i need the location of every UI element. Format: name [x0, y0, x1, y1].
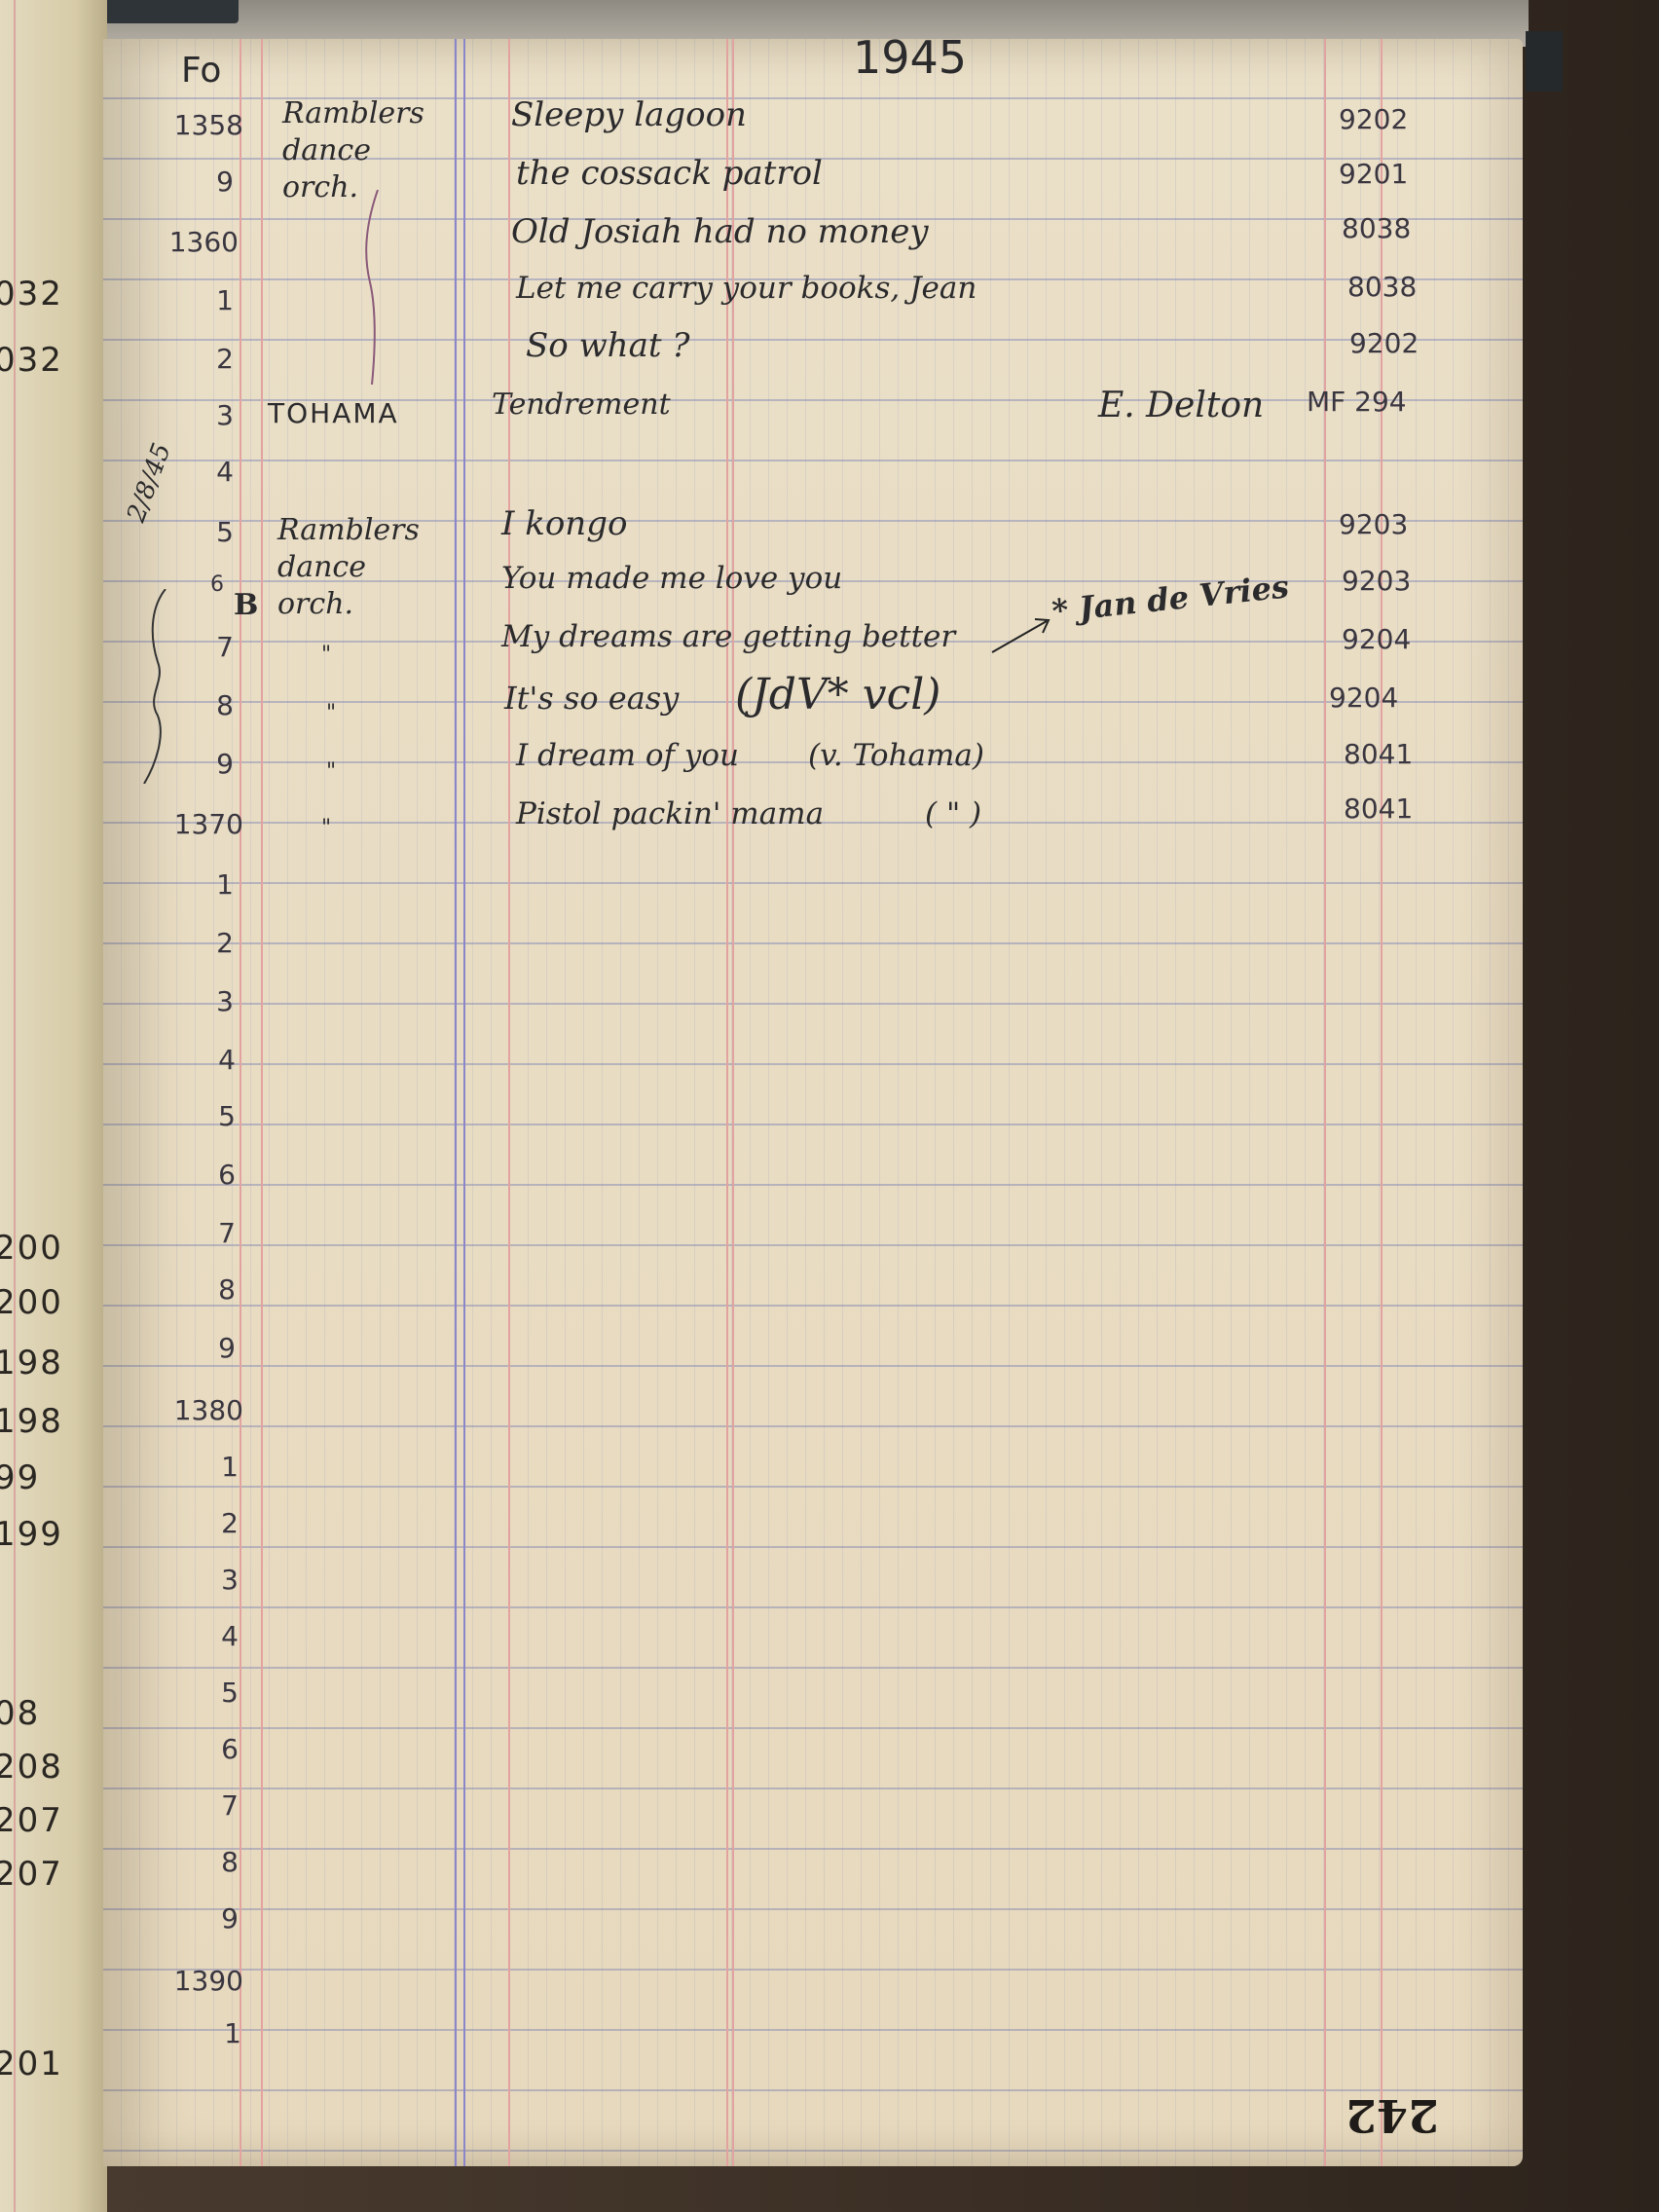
empty-row-number: 5 [151, 1677, 239, 1709]
empty-row-number: 9 [151, 1902, 239, 1935]
margin-blue-rule [463, 39, 465, 2166]
folio-label: Fo [181, 51, 221, 91]
grouping-brace [136, 589, 175, 784]
empty-row-number: 8 [151, 1846, 239, 1878]
left-page-number: 200 [0, 1229, 63, 1268]
empty-row-number: 3 [146, 985, 234, 1017]
left-page-number: 198 [0, 1402, 63, 1441]
empty-row-number: 7 [148, 1217, 236, 1249]
entry-note: (JdV* vcl) [735, 670, 940, 719]
entry-performer: TOHAMA [268, 397, 399, 429]
entry-title: Let me carry your books, Jean [516, 271, 977, 306]
entry-number: 1370 [156, 808, 243, 840]
grouping-brace [358, 190, 387, 385]
entry-catalog-number: 8041 [1344, 738, 1413, 770]
empty-row-number: 8 [148, 1273, 236, 1306]
left-page-number: 032 [0, 341, 63, 380]
column-red-rule [1324, 39, 1326, 2166]
ditto-mark: " [326, 701, 336, 725]
entry-title: I kongo [501, 504, 627, 543]
entry-number: 2 [146, 343, 234, 375]
entry-performer: Ramblers dance orch. [282, 95, 419, 206]
column-red-rule [726, 39, 728, 2166]
entry-title: So what ? [526, 326, 690, 365]
bookmark-ribbon [1526, 31, 1563, 92]
entry-title: My dreams are getting better [501, 619, 955, 654]
left-page-number: 032 [0, 275, 63, 313]
empty-row-number: 4 [148, 1044, 236, 1076]
empty-row-number: 2 [146, 927, 234, 959]
entry-title: Old Josiah had no money [511, 212, 929, 251]
empty-row-number: 6 [148, 1159, 236, 1191]
left-page-number: 208 [0, 1748, 63, 1787]
entry-title: I dream of you [516, 738, 739, 773]
empty-row-number: 1 [154, 2017, 241, 2049]
page-number-stamp: 242 [1346, 2089, 1439, 2142]
entry-title: the cossack patrol [516, 154, 823, 193]
empty-row-number: 4 [151, 1620, 239, 1652]
entry-catalog-number: 9202 [1349, 327, 1419, 359]
left-page-number: 200 [0, 1283, 63, 1322]
entry-title: You made me love you [501, 561, 842, 596]
left-page-number: 207 [0, 1801, 63, 1840]
year-heading: 1945 [853, 31, 967, 84]
left-page-number: 207 [0, 1855, 63, 1894]
column-red-rule [732, 39, 734, 2166]
entry-catalog-number: 9201 [1339, 158, 1408, 190]
entry-composer: E. Delton [1098, 386, 1264, 425]
entry-note: ( " ) [925, 796, 981, 831]
empty-row-number: 2 [151, 1507, 239, 1539]
entry-catalog-number: 9204 [1329, 682, 1398, 714]
entry-catalog-number: 9204 [1342, 623, 1411, 655]
entry-number: 9 [146, 166, 234, 198]
entry-number: 5 [146, 516, 234, 548]
annotation-arrow-icon [988, 613, 1056, 657]
entry-performer: Ramblers dance orch. [277, 512, 414, 623]
entry-title: It's so easy [504, 680, 679, 717]
left-page-number: 99 [0, 1458, 40, 1497]
empty-row-number: 6 [151, 1733, 239, 1765]
entry-title: Sleepy lagoon [511, 95, 747, 134]
entry-catalog-number: 8038 [1347, 271, 1417, 303]
entry-number: 1360 [151, 226, 239, 258]
entry-number: 3 [146, 399, 234, 431]
column-red-rule [508, 39, 510, 2166]
entry-catalog-number: 8041 [1344, 793, 1413, 825]
ditto-mark: " [321, 816, 331, 840]
entry-number: 1358 [156, 109, 243, 141]
left-page-fragment: 032 032 200 200 198 198 99 199 08 208 20… [0, 0, 107, 2212]
entry-number: 1 [146, 284, 234, 316]
entry-title: Tendrement [492, 387, 671, 422]
empty-row-number: 7 [151, 1789, 239, 1822]
left-page-number: 199 [0, 1515, 63, 1554]
entry-catalog-number: 9203 [1339, 508, 1408, 540]
empty-row-number: 1 [151, 1451, 239, 1483]
empty-row-number: 1 [146, 868, 234, 901]
ditto-mark: " [326, 759, 336, 784]
entry-note: (v. Tohama) [808, 738, 984, 773]
left-page-number: 08 [0, 1694, 40, 1733]
entry-catalog-number: 9203 [1342, 565, 1411, 597]
empty-row-number: 3 [151, 1564, 239, 1596]
entry-catalog-number: MF 294 [1307, 386, 1407, 418]
ditto-mark: " [321, 643, 331, 667]
margin-red-rule [240, 39, 241, 2166]
entry-mark: B [234, 588, 258, 622]
entry-catalog-number: 8038 [1342, 212, 1411, 244]
ledger-page: Fo 1945 [103, 39, 1523, 2166]
margin-blue-rule [455, 39, 457, 2166]
entry-catalog-number: 9202 [1339, 103, 1408, 135]
margin-red-rule [261, 39, 263, 2166]
left-page-number: 198 [0, 1344, 63, 1382]
left-page-number: 201 [0, 2045, 63, 2083]
entry-title: Pistol packin' mama [516, 796, 824, 831]
empty-row-number: 1390 [156, 1965, 243, 1997]
empty-row-number: 5 [148, 1100, 236, 1132]
empty-row-number: 1380 [156, 1394, 243, 1426]
empty-row-number: 9 [148, 1332, 236, 1364]
